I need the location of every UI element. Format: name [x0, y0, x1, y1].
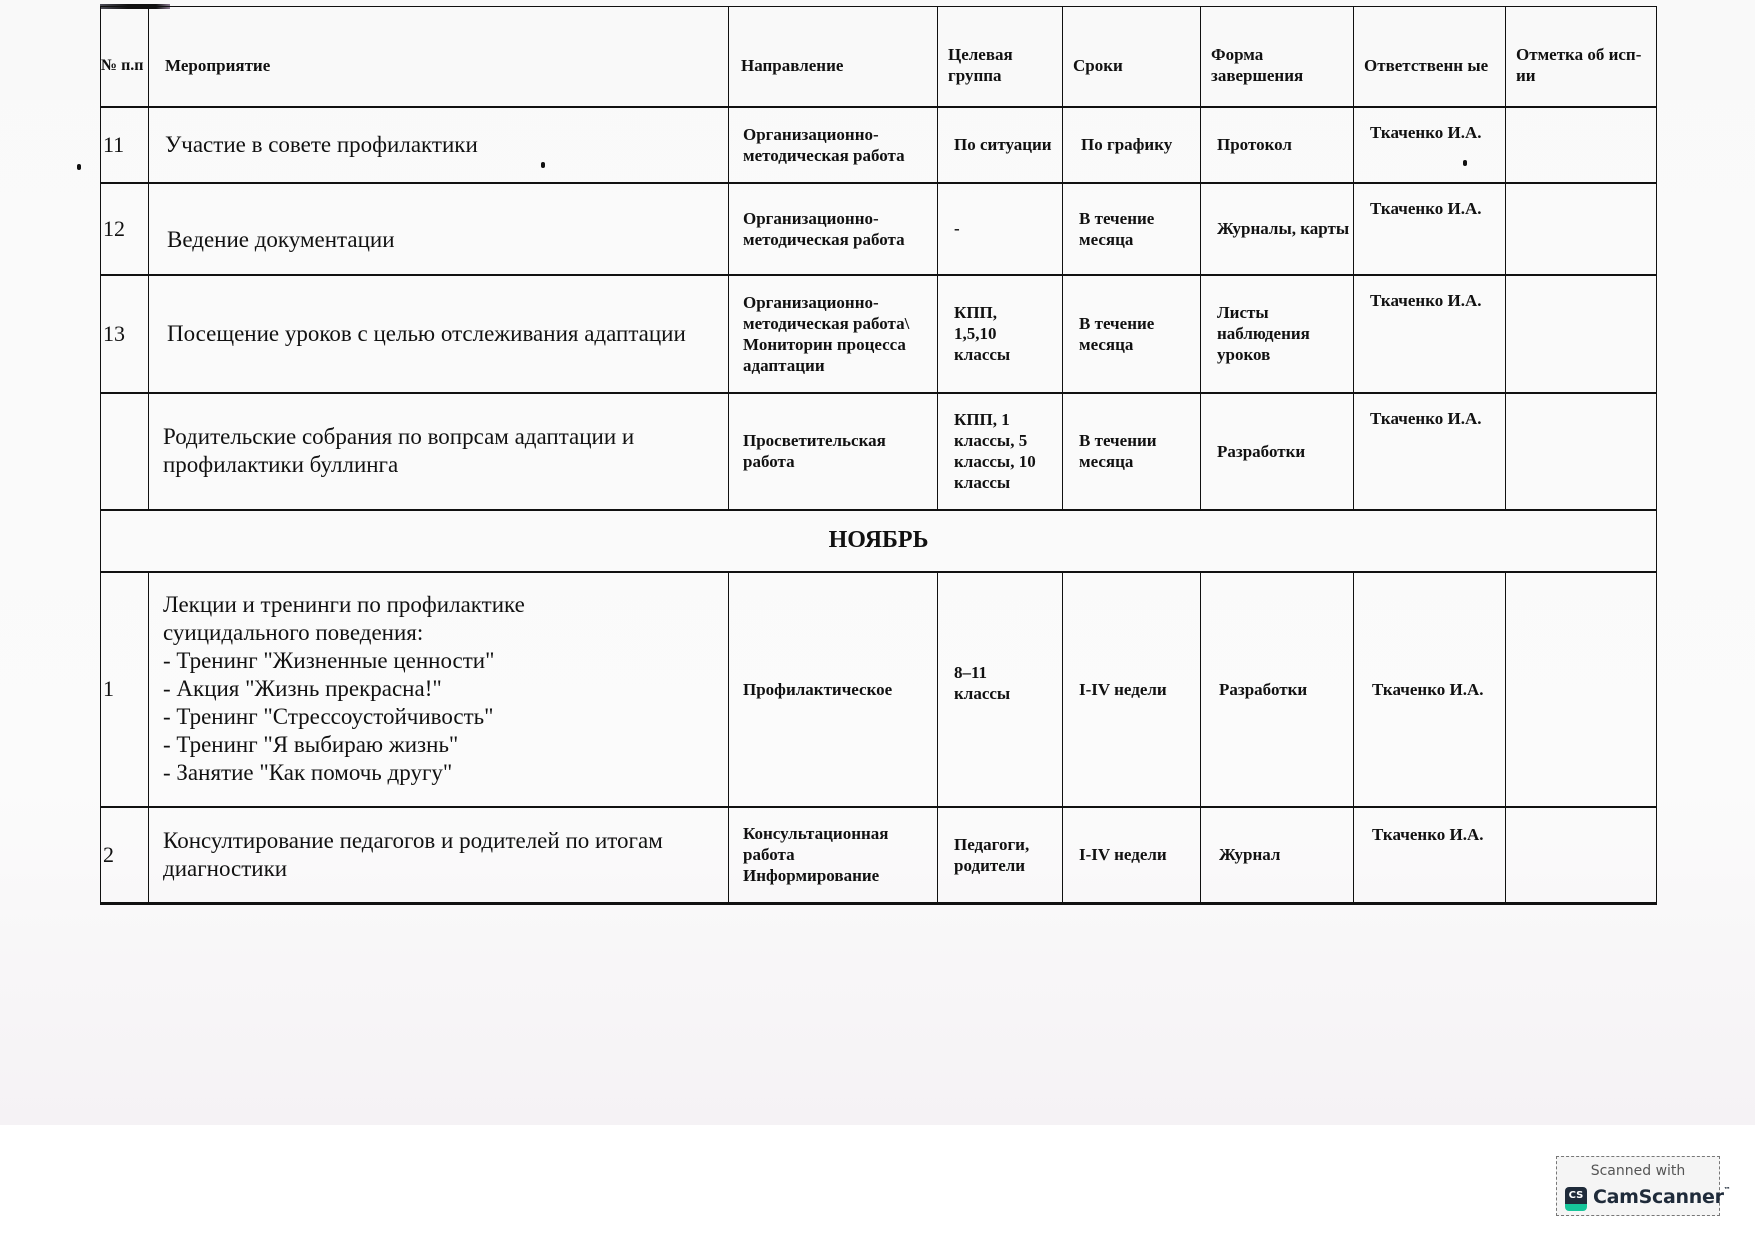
cell-completion-form: Разработки — [1201, 393, 1354, 510]
cell-direction: Просветительская работа — [729, 393, 938, 510]
cell-mark[interactable] — [1506, 393, 1657, 510]
month-title: НОЯБРЬ — [101, 510, 1657, 572]
cell-terms: В течении месяца — [1063, 393, 1201, 510]
cell-terms: I-IV недели — [1063, 807, 1201, 904]
watermark-caption: Scanned with — [1557, 1163, 1719, 1179]
trademark-symbol: ™ — [1724, 1186, 1731, 1194]
header-mark: Отметка об исп-ии — [1506, 7, 1657, 107]
cell-responsible: Ткаченко И.А. — [1354, 393, 1506, 510]
cell-target-group: По ситуации — [938, 107, 1063, 183]
cell-direction: Профилактическое — [729, 572, 938, 807]
cell-num: 11 — [101, 107, 149, 183]
cell-event: Ведение документации — [149, 183, 729, 275]
camscanner-watermark: Scanned with CS CamScanner™ — [1556, 1156, 1720, 1216]
event-line: - Тренинг "Стрессоустойчивость" — [163, 703, 728, 731]
event-line: - Тренинг "Я выбираю жизнь" — [163, 731, 728, 759]
cell-mark[interactable] — [1506, 107, 1657, 183]
cell-completion-form: Разработки — [1201, 572, 1354, 807]
cell-completion-form: Листы наблюдения уроков — [1201, 275, 1354, 393]
table-row: Родительские собрания по вопрсам адаптац… — [101, 393, 1657, 510]
table-row: 12 Ведение документации Организационно-м… — [101, 183, 1657, 275]
cell-terms: I-IV недели — [1063, 572, 1201, 807]
cell-target-group: КПП, 1,5,10 классы — [938, 275, 1063, 393]
cell-num: 13 — [101, 275, 149, 393]
cell-target-group: Педагоги, родители — [938, 807, 1063, 904]
header-responsible: Ответственн ые — [1354, 7, 1506, 107]
cell-direction: Организационно-методическая работа\ Мони… — [729, 275, 938, 393]
event-line: - Занятие "Как помочь другу" — [163, 759, 728, 787]
header-terms: Сроки — [1063, 7, 1201, 107]
cell-completion-form: Журнал — [1201, 807, 1354, 904]
cell-completion-form: Журналы, карты — [1201, 183, 1354, 275]
cell-event: Консултирование педагогов и родителей по… — [149, 807, 729, 904]
work-plan-table: № п.п Мероприятие Направление Целевая гр… — [100, 6, 1657, 905]
cell-target-group: - — [938, 183, 1063, 275]
cell-direction: Консультационная работа Информирование — [729, 807, 938, 904]
cell-mark[interactable] — [1506, 572, 1657, 807]
table-row: 2 Консултирование педагогов и родителей … — [101, 807, 1657, 904]
cell-responsible: Ткаченко И.А. — [1354, 107, 1506, 183]
header-direction: Направление — [729, 7, 938, 107]
event-line: - Тренинг "Жизненные ценности" — [163, 647, 728, 675]
header-num: № п.п — [101, 7, 149, 107]
table-row: 13 Посещение уроков с целью отслеживания… — [101, 275, 1657, 393]
cell-responsible: Ткаченко И.А. — [1354, 572, 1506, 807]
cell-responsible: Ткаченко И.А. — [1354, 275, 1506, 393]
cell-terms: В течение месяца — [1063, 183, 1201, 275]
cell-num — [101, 393, 149, 510]
stray-dot — [77, 164, 81, 170]
header-event: Мероприятие — [149, 7, 729, 107]
cell-event: Посещение уроков с целью отслеживания ад… — [149, 275, 729, 393]
cell-num: 1 — [101, 572, 149, 807]
cell-mark[interactable] — [1506, 183, 1657, 275]
cell-event: Лекции и тренинги по профилактике суицид… — [149, 572, 729, 807]
cell-target-group: КПП, 1 классы, 5 классы, 10 классы — [938, 393, 1063, 510]
cell-mark[interactable] — [1506, 807, 1657, 904]
header-target-group: Целевая группа — [938, 7, 1063, 107]
brand-name: CamScanner — [1593, 1186, 1724, 1208]
event-line: - Акция "Жизнь прекрасна!" — [163, 675, 728, 703]
table-row: 1 Лекции и тренинги по профилактике суиц… — [101, 572, 1657, 807]
event-line: суицидального поведения: — [163, 619, 728, 647]
cell-target-group: 8–11 классы — [938, 572, 1063, 807]
cell-event: Участие в совете профилактики — [149, 107, 729, 183]
table-row: 11 Участие в совете профилактики Организ… — [101, 107, 1657, 183]
cell-mark[interactable] — [1506, 275, 1657, 393]
camscanner-logo-icon: CS — [1565, 1187, 1587, 1211]
cell-event: Родительские собрания по вопрсам адаптац… — [149, 393, 729, 510]
table-header-row: № п.п Мероприятие Направление Целевая гр… — [101, 7, 1657, 107]
event-lines: Лекции и тренинги по профилактике суицид… — [149, 591, 728, 787]
cell-terms: По графику — [1063, 107, 1201, 183]
watermark-brand: CamScanner™ — [1593, 1186, 1730, 1208]
cell-terms: В течение месяца — [1063, 275, 1201, 393]
cell-completion-form: Протокол — [1201, 107, 1354, 183]
cell-responsible: Ткаченко И.А. — [1354, 807, 1506, 904]
cell-direction: Организационно-методическая работа — [729, 183, 938, 275]
header-completion-form: Форма завершения — [1201, 7, 1354, 107]
cell-direction: Организационно-методическая работа — [729, 107, 938, 183]
cell-responsible: Ткаченко И.А. — [1354, 183, 1506, 275]
event-line: Лекции и тренинги по профилактике — [163, 591, 728, 619]
cell-num: 12 — [101, 183, 149, 275]
month-header-row: НОЯБРЬ — [101, 510, 1657, 572]
cell-num: 2 — [101, 807, 149, 904]
